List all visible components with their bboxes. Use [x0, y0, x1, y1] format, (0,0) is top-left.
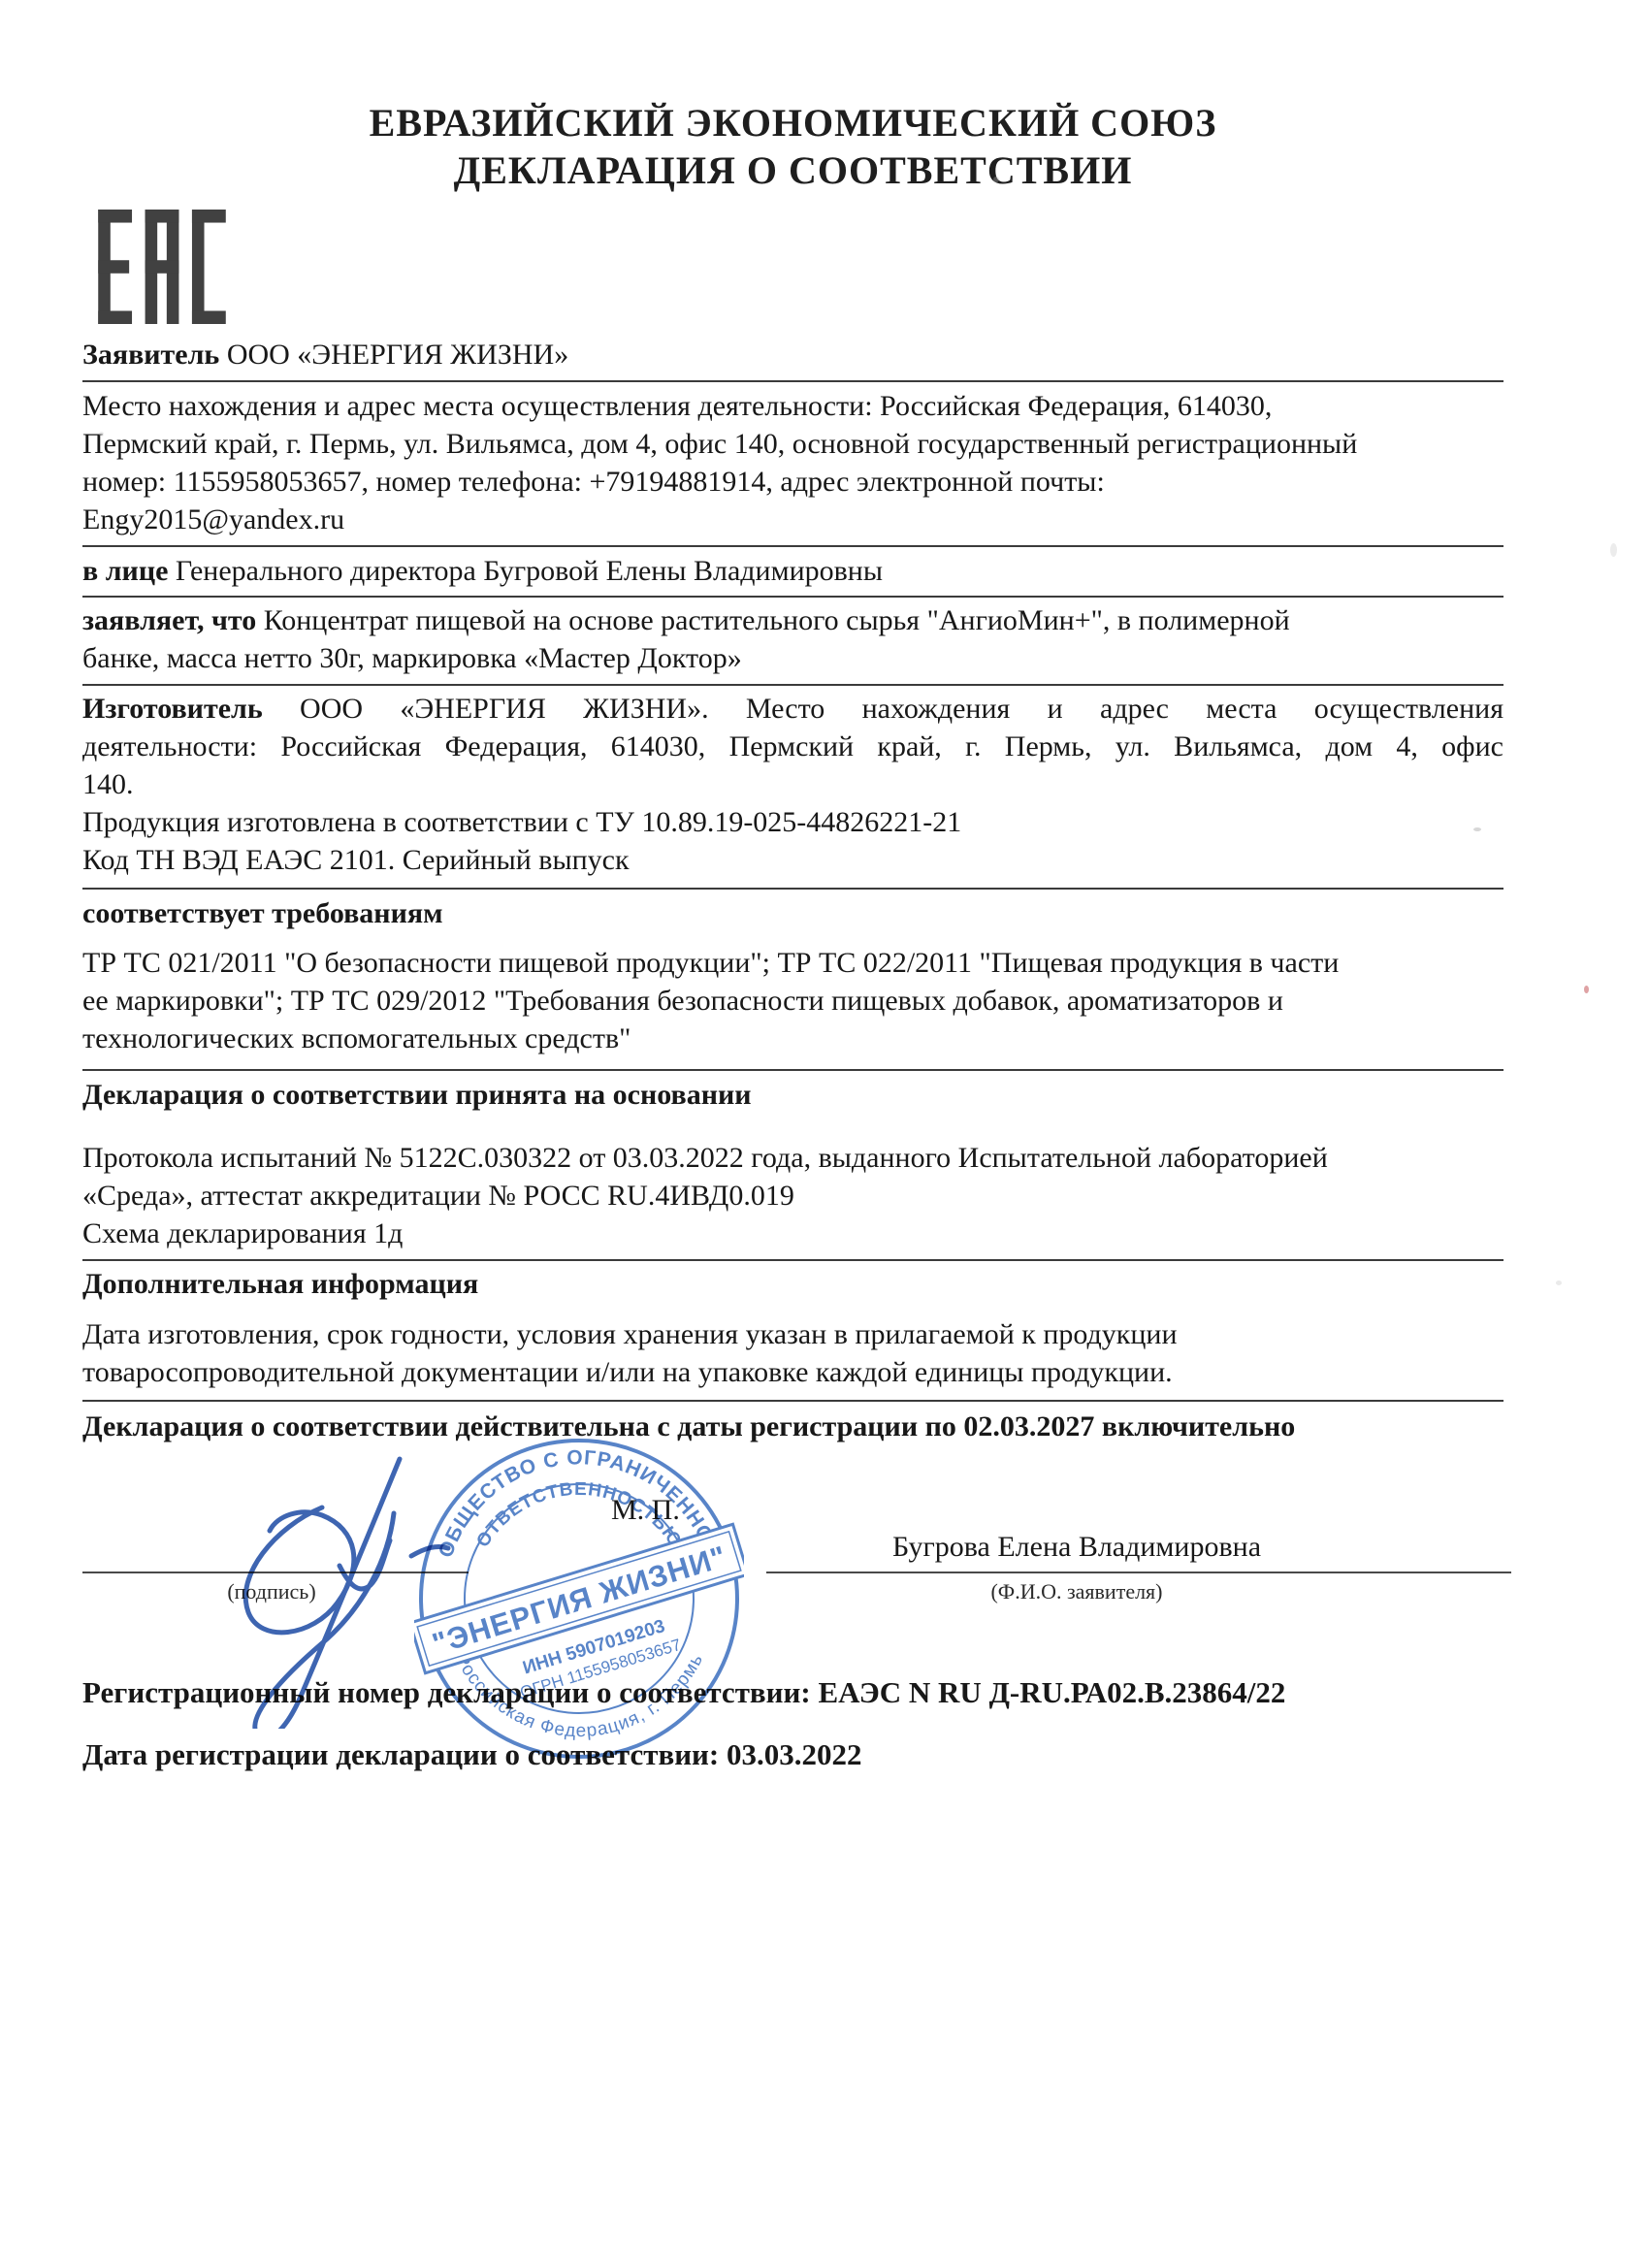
scan-noise: [99, 432, 104, 437]
scan-noise: [1610, 543, 1617, 557]
complies-row: соответствует требованиям ТР ТС 021/2011…: [82, 890, 1503, 1071]
manufacturer-row: Изготовитель ООО «ЭНЕРГИЯ ЖИЗНИ». Место …: [82, 686, 1503, 890]
applicant-row: Заявитель ООО «ЭНЕРГИЯ ЖИЗНИ»: [82, 336, 1503, 382]
additional-header: Дополнительная информация: [82, 1265, 1503, 1303]
in-face-value: Генерального директора Бугровой Елены Вл…: [176, 555, 883, 587]
manufacturer-label: Изготовитель: [82, 693, 263, 725]
declares-line: банке, масса нетто 30г, маркировка «Маст…: [82, 639, 1503, 677]
manufacturer-line: ООО «ЭНЕРГИЯ ЖИЗНИ». Место нахождения и …: [300, 693, 1503, 725]
basis-line: «Среда», аттестат аккредитации № РОСС RU…: [82, 1177, 1503, 1215]
validity-statement: Декларация о соответствии действительна …: [82, 1409, 1503, 1445]
tn-ved-line: Код ТН ВЭД ЕАЭС 2101. Серийный выпуск: [82, 841, 1503, 879]
made-according-line: Продукция изготовлена в соответствии с Т…: [82, 803, 1503, 841]
additional-line: товаросопроводительной документации и/ил…: [82, 1353, 1503, 1391]
manufacturer-line: 140.: [82, 765, 1503, 803]
scan-noise: [993, 177, 999, 182]
basis-header: Декларация о соответствии принята на осн…: [82, 1076, 1503, 1114]
name-caption: (Ф.И.О. заявителя): [766, 1579, 1387, 1604]
additional-line: Дата изготовления, срок годности, услови…: [82, 1315, 1503, 1353]
additional-info-row: Дополнительная информация Дата изготовле…: [82, 1261, 1503, 1402]
applicant-value: ООО «ЭНЕРГИЯ ЖИЗНИ»: [227, 339, 568, 371]
address-line: Место нахождения и адрес места осуществл…: [82, 387, 1503, 425]
manufacturer-line: деятельности: Российская Федерация, 6140…: [82, 728, 1503, 765]
document-title: ЕВРАЗИЙСКИЙ ЭКОНОМИЧЕСКИЙ СОЮЗ ДЕКЛАРАЦИ…: [82, 0, 1503, 194]
address-line: номер: 1155958053657, номер телефона: +7…: [82, 463, 1503, 501]
scan-noise: [1584, 986, 1589, 993]
complies-line: ТР ТС 021/2011 "О безопасности пищевой п…: [82, 944, 1503, 982]
name-line: [766, 1571, 1511, 1573]
applicant-label: Заявитель: [82, 339, 219, 371]
scheme-line: Схема декларирования 1д: [82, 1215, 1503, 1252]
registration-date-line: Дата регистрации декларации о соответств…: [82, 1735, 1503, 1774]
in-face-label: в лице: [82, 555, 168, 587]
title-line-2: ДЕКЛАРАЦИЯ О СООТВЕТСТВИИ: [82, 146, 1503, 194]
declaration-document: ЕВРАЗИЙСКИЙ ЭКОНОМИЧЕСКИЙ СОЮЗ ДЕКЛАРАЦИ…: [0, 0, 1649, 2268]
complies-line: технологических вспомогательных средств": [82, 1020, 1503, 1057]
declares-label: заявляет, что: [82, 604, 256, 636]
declares-row: заявляет, что Концентрат пищевой на осно…: [82, 598, 1503, 686]
address-line: Пермский край, г. Пермь, ул. Вильямса, д…: [82, 425, 1503, 463]
address-line: Engy2015@yandex.ru: [82, 501, 1503, 538]
handwritten-signature: [175, 1447, 466, 1733]
scan-noise: [1556, 1280, 1562, 1285]
declares-line: Концентрат пищевой на основе растительно…: [264, 604, 1290, 636]
eac-mark-icon: [95, 210, 229, 329]
address-row: Место нахождения и адрес места осуществл…: [82, 382, 1503, 547]
scan-noise: [1473, 827, 1481, 831]
complies-line: ее маркировки"; ТР ТС 029/2012 "Требован…: [82, 982, 1503, 1020]
complies-header: соответствует требованиям: [82, 894, 1503, 932]
basis-line: Протокола испытаний № 5122С.030322 от 03…: [82, 1139, 1503, 1177]
signature-zone: М. П. (подпись) Бугрова Елена Владимиров…: [82, 1445, 1503, 1670]
title-line-1: ЕВРАЗИЙСКИЙ ЭКОНОМИЧЕСКИЙ СОЮЗ: [82, 99, 1503, 146]
basis-row: Декларация о соответствии принята на осн…: [82, 1071, 1503, 1261]
applicant-name: Бугрова Елена Владимировна: [766, 1531, 1387, 1564]
in-face-row: в лице Генерального директора Бугровой Е…: [82, 547, 1503, 598]
